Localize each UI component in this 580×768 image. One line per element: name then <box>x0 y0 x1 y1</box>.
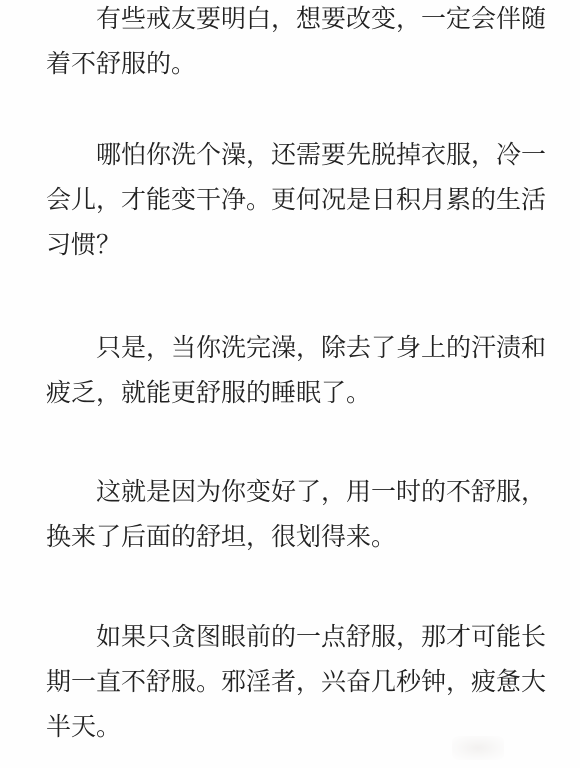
paragraph-1: 有些戒友要明白，想要改变，一定会伴随 着不舒服的。 <box>46 0 552 87</box>
text-line: 换来了后面的舒坦，很划得来。 <box>46 515 552 560</box>
text-line: 如果只贪图眼前的一点舒服，那才可能长 <box>46 615 552 660</box>
text-line: 只是，当你洗完澡，除去了身上的汗渍和 <box>46 326 552 371</box>
text-line: 这就是因为你变好了，用一时的不舒服， <box>46 470 552 515</box>
paragraph-5: 如果只贪图眼前的一点舒服，那才可能长 期一直不舒服。邪淫者，兴奋几秒钟，疲惫大 … <box>46 615 552 750</box>
paragraph-3: 只是，当你洗完澡，除去了身上的汗渍和 疲乏，就能更舒服的睡眠了。 <box>46 326 552 416</box>
article-body: 有些戒友要明白，想要改变，一定会伴随 着不舒服的。 哪怕你洗个澡，还需要先脱掉衣… <box>0 0 580 768</box>
document-page: { "colors": { "background": "#fefefe", "… <box>0 0 580 768</box>
text-line: 有些戒友要明白，想要改变，一定会伴随 <box>46 0 552 42</box>
text-line: 会儿，才能变干净。更何况是日积月累的生活 <box>46 178 552 223</box>
text-line: 疲乏，就能更舒服的睡眠了。 <box>46 371 552 416</box>
paragraph-4: 这就是因为你变好了，用一时的不舒服， 换来了后面的舒坦，很划得来。 <box>46 470 552 560</box>
text-line: 期一直不舒服。邪淫者，兴奋几秒钟，疲惫大 <box>46 660 552 705</box>
text-line: 着不舒服的。 <box>46 42 552 87</box>
text-line: 哪怕你洗个澡，还需要先脱掉衣服，冷一 <box>46 133 552 178</box>
text-line: 半天。 <box>46 705 552 750</box>
paragraph-2: 哪怕你洗个澡，还需要先脱掉衣服，冷一 会儿，才能变干净。更何况是日积月累的生活 … <box>46 133 552 268</box>
text-line: 习惯？ <box>46 223 552 268</box>
